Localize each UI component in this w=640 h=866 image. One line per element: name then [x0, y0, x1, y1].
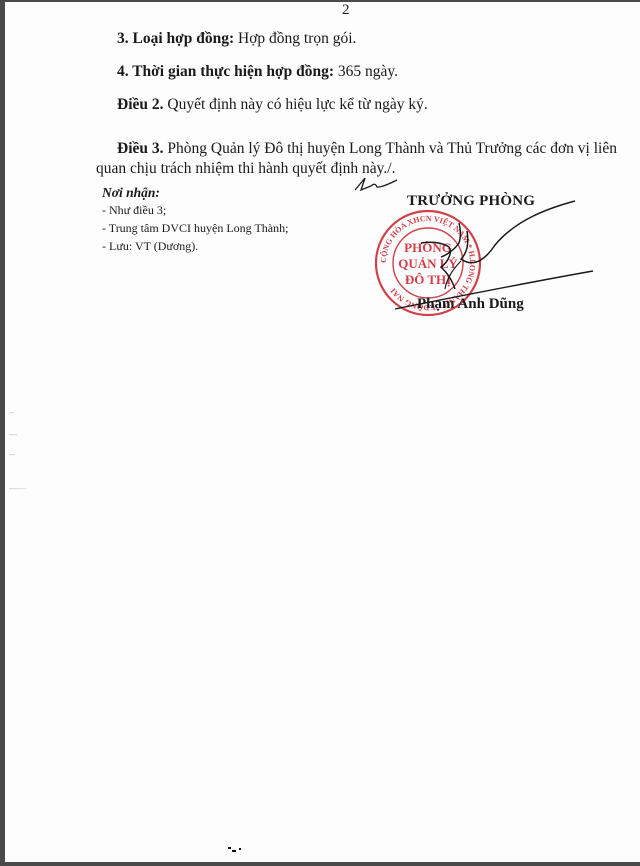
article-3-line1: Điều 3. Phòng Quản lý Đô thị huyện Long … — [117, 140, 617, 158]
article-text: Quyết định này có hiệu lực kể từ ngày ký… — [164, 96, 428, 113]
item-label: 3. Loại hợp đồng: — [117, 30, 234, 47]
recipients-title: Nơi nhận: — [102, 185, 160, 201]
recipient-item: - Lưu: VT (Dương). — [102, 239, 198, 254]
article-label: Điều 3. — [117, 140, 164, 157]
recipient-item: - Như điều 3; — [102, 203, 166, 218]
item-duration: 4. Thời gian thực hiện hợp đồng: 365 ngà… — [117, 63, 398, 81]
item-contract-type: 3. Loại hợp đồng: Hợp đồng trọn gói. — [117, 30, 356, 48]
article-2: Điều 2. Quyết định này có hiệu lực kể từ… — [117, 96, 428, 114]
initials-mark — [351, 172, 401, 194]
page-number: 2 — [342, 2, 350, 19]
signer-name: Phạm Anh Dũng — [417, 296, 524, 313]
scan-noise — [5, 2, 640, 862]
article-text: Phòng Quản lý Đô thị huyện Long Thành và… — [164, 140, 617, 157]
item-value: 365 ngày. — [334, 63, 398, 80]
document-page: 2 3. Loại hợp đồng: Hợp đồng trọn gói. 4… — [5, 2, 640, 862]
item-label: 4. Thời gian thực hiện hợp đồng: — [117, 63, 334, 80]
item-value: Hợp đồng trọn gói. — [234, 30, 356, 47]
recipient-item: - Trung tâm DVCI huyện Long Thành; — [102, 221, 288, 236]
article-label: Điều 2. — [117, 96, 164, 113]
